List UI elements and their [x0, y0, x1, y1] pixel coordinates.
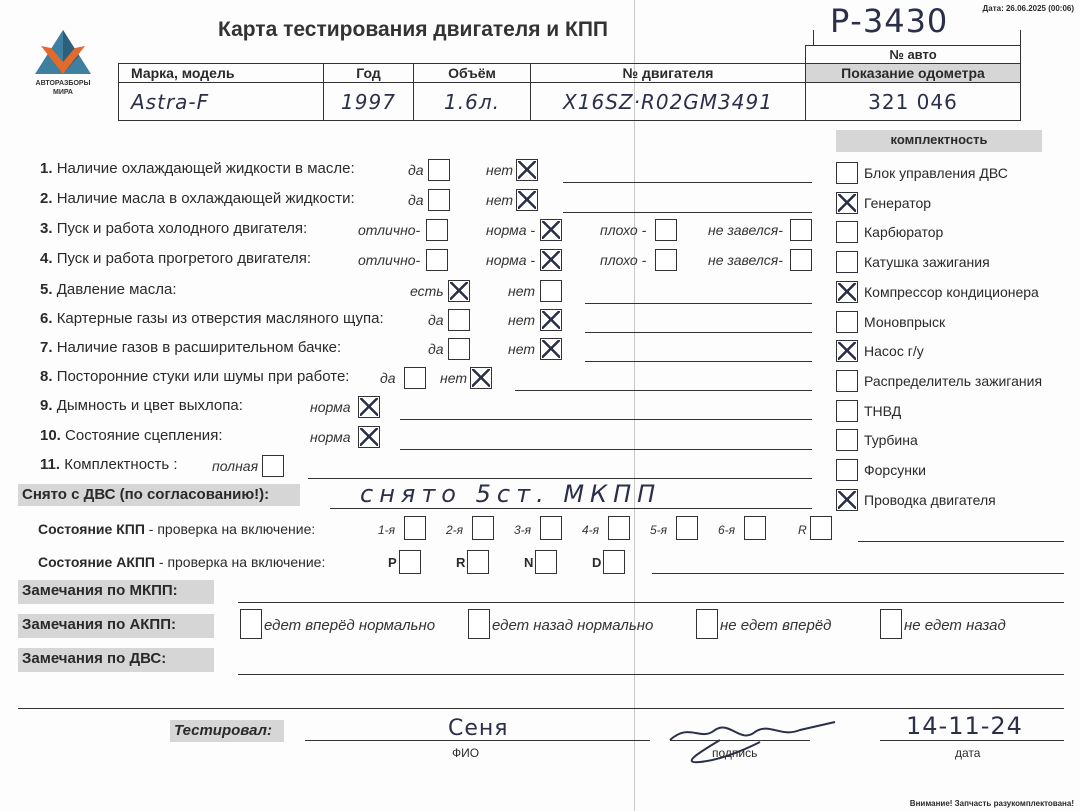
option-label: нет [486, 162, 513, 178]
remarks-mkpp-line [238, 602, 1064, 603]
completeness-item-label: Моновпрыск [864, 314, 945, 330]
gear-label: R [798, 523, 807, 537]
notes-line [585, 361, 812, 362]
check-row-label: 5. Давление масла: [40, 281, 177, 298]
col-year: Год [324, 64, 414, 83]
akpp-remark-checkbox[interactable] [468, 609, 490, 639]
option-label: да [428, 341, 444, 357]
check-row-number: 10. [40, 427, 61, 444]
option-checkbox[interactable] [790, 249, 812, 271]
check-row-label: 10. Состояние сцепления: [40, 427, 222, 444]
checkbox-0[interactable] [836, 162, 858, 184]
name-caption: ФИО [452, 746, 479, 760]
checkbox-10[interactable] [836, 459, 858, 481]
logo-line2: МИРА [28, 88, 98, 97]
mountain-v-logo-icon [33, 30, 93, 74]
akpp-mode-label: N [524, 555, 533, 570]
option-checkbox[interactable] [448, 280, 470, 302]
kpp-label-bold: Состояние КПП [38, 521, 145, 537]
gear-checkbox[interactable] [608, 516, 630, 540]
check-row-text: Посторонние стуки или шумы при работе: [57, 368, 350, 385]
akpp-remark-label: не едет вперёд [720, 617, 831, 634]
car-number-value: Р-3430 [830, 2, 948, 40]
make-model-value[interactable]: Astra-F [119, 83, 324, 121]
checkbox-7[interactable] [836, 370, 858, 392]
divider [813, 30, 814, 46]
gear-checkbox[interactable] [810, 516, 832, 540]
completeness-item-label: Блок управления ДВС [864, 165, 1008, 181]
check-row-text: Давление масла: [57, 281, 177, 298]
check-row-number: 7. [40, 339, 53, 356]
option-label: да [380, 370, 396, 386]
option-checkbox[interactable] [790, 219, 812, 241]
completeness-item-label: Катушка зажигания [864, 254, 990, 270]
option-label: норма [310, 429, 351, 445]
option-checkbox[interactable] [516, 189, 538, 211]
akpp-remark-checkbox[interactable] [240, 609, 262, 639]
completeness-item-label: ТНВД [864, 403, 901, 419]
akpp-mode-checkbox[interactable] [603, 550, 625, 574]
option-checkbox[interactable] [655, 249, 677, 271]
check-row-label: 1. Наличие охлаждающей жидкости в масле: [40, 160, 355, 177]
gear-label: 3-я [514, 523, 531, 537]
check-row-number: 2. [40, 190, 53, 207]
option-checkbox[interactable] [428, 159, 450, 181]
akpp-label-bold: Состояние АКПП [38, 554, 155, 570]
option-label: не завелся- [708, 222, 783, 238]
option-checkbox[interactable] [448, 338, 470, 360]
option-label: нет [440, 370, 467, 386]
gear-label: 5-я [650, 523, 667, 537]
col-make-model: Марка, модель [119, 64, 324, 83]
completeness-item-label: Распределитель зажигания [864, 373, 1042, 389]
fold-line [634, 0, 635, 811]
option-label: да [428, 312, 444, 328]
check-row-label: 8. Посторонние стуки или шумы при работе… [40, 368, 349, 385]
option-label: норма - [486, 222, 535, 238]
akpp-mode-checkbox[interactable] [467, 550, 489, 574]
option-checkbox[interactable] [540, 219, 562, 241]
option-label: есть [410, 283, 444, 299]
option-checkbox[interactable] [516, 159, 538, 181]
option-checkbox[interactable] [540, 309, 562, 331]
checkbox-11[interactable] [836, 489, 858, 511]
option-checkbox[interactable] [655, 219, 677, 241]
col-engine-number: № двигателя [531, 64, 806, 83]
col-odometer: Показание одометра [806, 64, 1021, 83]
check-row-text: Пуск и работа прогретого двигателя: [57, 250, 311, 267]
removed-label: Снято с ДВС (по согласованию!): [18, 484, 300, 506]
checkbox-3[interactable] [836, 251, 858, 273]
option-label: полная [212, 458, 258, 474]
option-label: нет [486, 192, 513, 208]
check-row-text: Наличие масла в охлаждающей жидкости: [57, 190, 355, 207]
option-label: отлично- [358, 222, 420, 238]
check-row-number: 3. [40, 220, 53, 237]
option-checkbox[interactable] [426, 249, 448, 271]
notes-line [563, 212, 812, 213]
option-label: плохо - [600, 252, 646, 268]
akpp-mode-label: P [388, 555, 397, 570]
remarks-mkpp-label: Замечания по МКПП: [18, 580, 214, 604]
test-date[interactable]: 14-11-24 [906, 712, 1023, 740]
akpp-remark-label: едет назад нормально [492, 617, 653, 634]
notes-line [585, 332, 812, 333]
option-label: да [408, 162, 424, 178]
check-row-text: Пуск и работа холодного двигателя: [57, 220, 308, 237]
option-label: нет [508, 312, 535, 328]
gear-checkbox[interactable] [404, 516, 426, 540]
option-checkbox[interactable] [358, 396, 380, 418]
option-label: нет [508, 341, 535, 357]
remarks-dvs-line [238, 674, 1064, 675]
check-row-label: 7. Наличие газов в расширительном бачке: [40, 339, 341, 356]
option-checkbox[interactable] [404, 367, 426, 389]
remarks-akpp-label: Замечания по АКПП: [18, 614, 214, 638]
checkbox-8[interactable] [836, 400, 858, 422]
date-line [880, 740, 1064, 741]
tested-by-label: Тестировал: [170, 720, 284, 742]
completeness-item-label: Компрессор кондиционера [864, 284, 1039, 300]
removed-line [330, 508, 812, 509]
akpp-label: Состояние АКПП - проверка на включение: [38, 554, 325, 570]
option-checkbox[interactable] [540, 338, 562, 360]
kpp-label-rest: - проверка на включение: [145, 521, 315, 537]
check-row-text: Дымность и цвет выхлопа: [57, 397, 243, 414]
check-row-number: 8. [40, 368, 53, 385]
logo-line1: АВТОРАЗБОРЫ [28, 79, 98, 88]
notes-line [515, 390, 812, 391]
completeness-item-label: Генератор [864, 195, 931, 211]
removed-value[interactable]: снято 5ст. МКПП [360, 480, 661, 508]
notes-line [308, 478, 812, 479]
checkbox-2[interactable] [836, 221, 858, 243]
check-row-label: 11. Комплектность : [40, 456, 178, 473]
gear-checkbox[interactable] [744, 516, 766, 540]
akpp-mode-label: D [592, 555, 601, 570]
page-title: Карта тестирования двигателя и КПП [218, 18, 608, 42]
check-row-number: 6. [40, 310, 53, 327]
kpp-line [858, 541, 1064, 542]
akpp-mode-checkbox[interactable] [399, 550, 421, 574]
year-value[interactable]: 1997 [324, 83, 414, 121]
check-row-label: 6. Картерные газы из отверстия масляного… [40, 310, 384, 327]
date-caption: дата [955, 746, 980, 760]
option-label: да [408, 192, 424, 208]
checkbox-9[interactable] [836, 429, 858, 451]
vehicle-info-table: № авто Марка, модель Год Объём № двигате… [118, 45, 1021, 121]
akpp-mode-label: R [456, 555, 465, 570]
completeness-item-label: Турбина [864, 432, 918, 448]
option-checkbox[interactable] [540, 280, 562, 302]
check-row-text: Состояние сцепления: [65, 427, 222, 444]
signature-caption: подпись [712, 746, 757, 760]
completeness-item-label: Проводка двигателя [864, 492, 996, 508]
akpp-remark-label: едет вперёд нормально [264, 617, 435, 634]
volume-value[interactable]: 1.6л. [414, 83, 531, 121]
logo: АВТОРАЗБОРЫ МИРА [28, 30, 98, 97]
col-volume: Объём [414, 64, 531, 83]
option-checkbox[interactable] [428, 189, 450, 211]
option-label: норма - [486, 252, 535, 268]
print-date: Дата: 26.06.2025 (00:06) [983, 4, 1074, 13]
gear-checkbox[interactable] [472, 516, 494, 540]
remarks-dvs-label: Замечания по ДВС: [18, 648, 214, 672]
akpp-remark-checkbox[interactable] [880, 609, 902, 639]
akpp-label-rest: - проверка на включение: [155, 554, 325, 570]
footer-warning: Внимание! Запчасть разукомплектована! [910, 799, 1074, 808]
gear-checkbox[interactable] [676, 516, 698, 540]
check-row-text: Наличие охлаждающей жидкости в масле: [57, 160, 355, 177]
divider [1020, 30, 1021, 46]
checkbox-5[interactable] [836, 311, 858, 333]
checkbox-4[interactable] [836, 281, 858, 303]
check-row-label: 9. Дымность и цвет выхлопа: [40, 397, 243, 414]
check-row-label: 3. Пуск и работа холодного двигателя: [40, 220, 307, 237]
check-row-number: 11. [40, 456, 60, 473]
checkbox-1[interactable] [836, 192, 858, 214]
option-label: норма [310, 399, 351, 415]
gear-label: 2-я [446, 523, 463, 537]
completeness-item-label: Карбюратор [864, 224, 943, 240]
completeness-item-label: Насос г/у [864, 343, 924, 359]
remarks-dvs-line-2 [18, 708, 1064, 709]
option-checkbox[interactable] [540, 249, 562, 271]
car-number-label: № авто [806, 46, 1021, 64]
signature-scribble[interactable] [660, 712, 840, 772]
notes-line [563, 182, 812, 183]
option-label: не завелся- [708, 252, 783, 268]
check-row-text: Комплектность : [64, 456, 177, 473]
completeness-item-label: Форсунки [864, 462, 926, 478]
check-row-number: 5. [40, 281, 53, 298]
akpp-mode-checkbox[interactable] [535, 550, 557, 574]
check-row-text: Картерные газы из отверстия масляного щу… [57, 310, 384, 327]
gear-checkbox[interactable] [540, 516, 562, 540]
option-checkbox[interactable] [470, 367, 492, 389]
check-row-label: 4. Пуск и работа прогретого двигателя: [40, 250, 311, 267]
checkbox-6[interactable] [836, 340, 858, 362]
option-label: плохо - [600, 222, 646, 238]
gear-label: 1-я [378, 523, 395, 537]
option-label: отлично- [358, 252, 420, 268]
akpp-remark-checkbox[interactable] [696, 609, 718, 639]
completeness-title: комплектность [836, 130, 1042, 152]
option-label: нет [508, 283, 535, 299]
check-row-number: 9. [40, 397, 53, 414]
notes-line [585, 303, 812, 304]
akpp-line [652, 573, 1064, 574]
tester-name[interactable]: Сеня [448, 716, 509, 741]
check-row-number: 1. [40, 160, 53, 177]
gear-label: 6-я [718, 523, 735, 537]
option-checkbox[interactable] [358, 426, 380, 448]
gear-label: 4-я [582, 523, 599, 537]
odometer-value[interactable]: 321 046 [806, 83, 1021, 121]
notes-line [400, 419, 812, 420]
check-row-text: Наличие газов в расширительном бачке: [57, 339, 342, 356]
check-row-number: 4. [40, 250, 53, 267]
kpp-label: Состояние КПП - проверка на включение: [38, 521, 315, 537]
option-checkbox[interactable] [426, 219, 448, 241]
option-checkbox[interactable] [262, 455, 284, 477]
akpp-remark-label: не едет назад [904, 617, 1006, 634]
notes-line [400, 449, 812, 450]
check-row-label: 2. Наличие масла в охлаждающей жидкости: [40, 190, 355, 207]
option-checkbox[interactable] [448, 309, 470, 331]
engine-number-value[interactable]: X16SZ·R02GM3491 [531, 83, 806, 121]
